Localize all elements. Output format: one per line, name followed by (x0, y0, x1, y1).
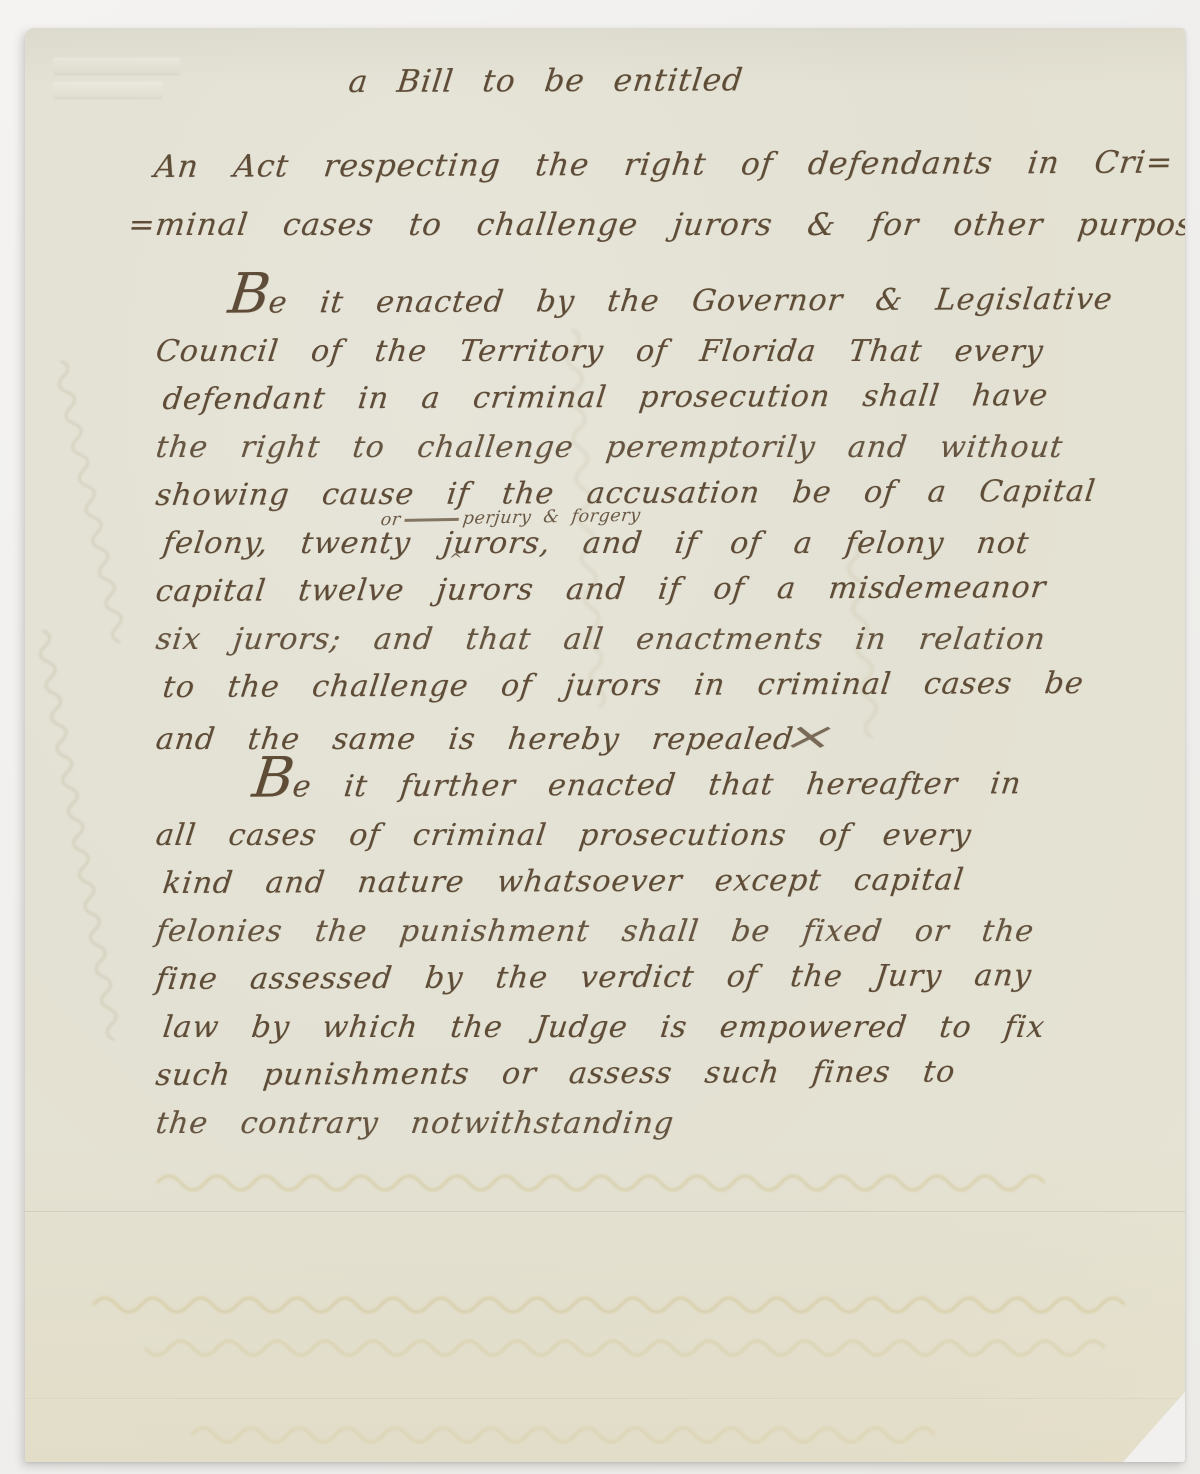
manuscript-line: such punishments or assess such fines to (153, 1048, 1169, 1100)
manuscript-line-text: and the same is hereby repealed (154, 722, 796, 757)
manuscript-line: kind and nature whatsoever except capita… (160, 856, 1169, 908)
act-heading: An Act respecting the right of defendant… (125, 138, 1155, 254)
ink-showthrough-scribble (48, 358, 136, 657)
manuscript-line: law by which the Judge is empowered to f… (160, 1004, 1169, 1052)
reverse-side-showthrough-line (145, 1168, 1045, 1198)
manuscript-line: felonies the punishment shall be fixed o… (153, 908, 1169, 956)
pen-flourish: × (776, 712, 846, 760)
insertion-caret: ^ (449, 550, 462, 569)
reverse-side-showthrough-line (175, 1420, 935, 1450)
enacting-section-2: Be it further enacted that hereafter in … (153, 764, 1163, 1148)
act-heading-line: =minal cases to challenge jurors & for o… (125, 196, 1162, 254)
reverse-side-showthrough-line (125, 1333, 1105, 1363)
fold-crease (25, 1211, 1185, 1213)
manuscript-line: fine assessed by the verdict of the Jury… (153, 952, 1169, 1004)
manuscript-line: to the challenge of jurors in criminal c… (160, 660, 1169, 712)
manuscript-line: Council of the Territory of Florida That… (153, 328, 1169, 376)
reverse-side-showthrough-line (85, 1290, 1125, 1320)
folded-corner-cut (1123, 1392, 1185, 1462)
manuscript-line: showing cause if the accusation be of a … (153, 468, 1169, 520)
manuscript-line: and the same is hereby repealed× (153, 712, 1169, 764)
manuscript-line: felony, twenty jurors, and if of a felon… (160, 520, 1169, 568)
manuscript-line: six jurors; and that all enactments in r… (153, 616, 1169, 664)
scanned-document-background: a Bill to be entitled An Act respecting … (0, 0, 1200, 1474)
insertion-prefix: or (379, 510, 401, 530)
insertion-text: perjury & forgery (462, 506, 642, 529)
manuscript-line: the right to challenge peremptorily and … (153, 424, 1169, 472)
fold-crease (25, 1398, 1185, 1400)
manuscript-page: a Bill to be entitled An Act respecting … (25, 28, 1185, 1462)
enacting-section-1: Be it enacted by the Governor & Legislat… (153, 280, 1163, 764)
manuscript-line: Be it further enacted that hereafter in (153, 760, 1169, 812)
manuscript-line: defendant in a criminal prosecution shal… (160, 372, 1169, 424)
manuscript-line: the contrary notwithstanding (153, 1100, 1169, 1148)
struck-out-word: ——— (403, 509, 460, 530)
manuscript-line: capital twelve jurors and if of a misdem… (153, 564, 1169, 616)
manuscript-line: all cases of criminal prosecutions of ev… (153, 812, 1169, 860)
bill-title: a Bill to be entitled (346, 56, 746, 106)
folded-corner (1123, 1392, 1185, 1462)
bill-title-block: a Bill to be entitled (25, 58, 1123, 106)
ink-showthrough-scribble (29, 628, 128, 1046)
act-heading-line: An Act respecting the right of defendant… (151, 134, 1162, 196)
manuscript-line: Be it enacted by the Governor & Legislat… (153, 276, 1169, 328)
